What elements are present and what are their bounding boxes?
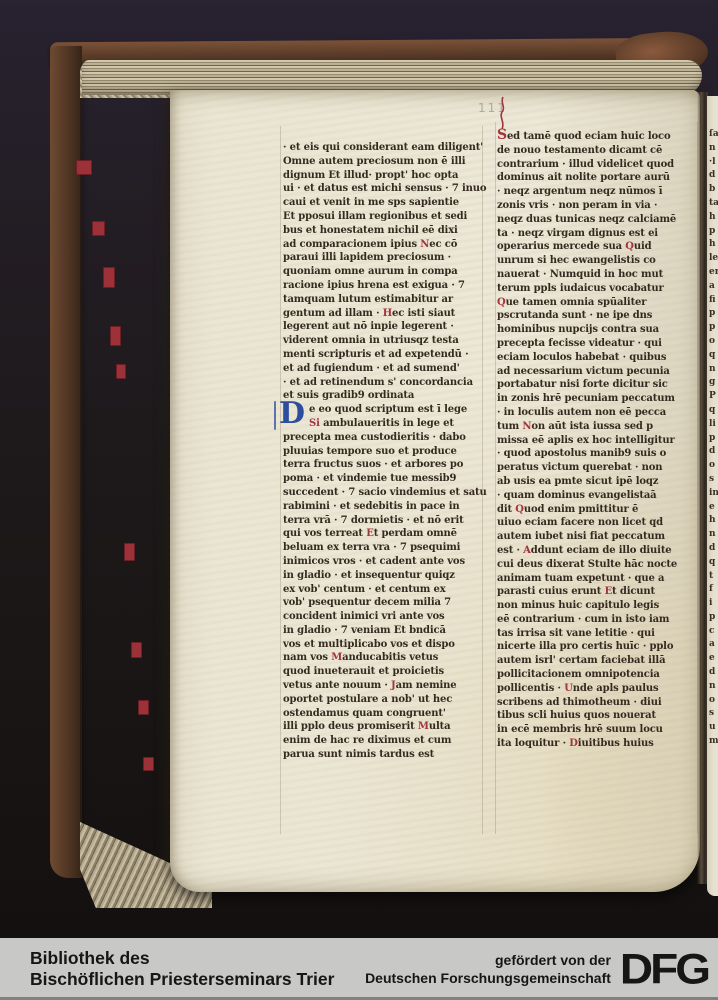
manuscript-text-line: ita loquitur · Diuitibus huius [497, 737, 702, 751]
manuscript-text-line: quod inueterauit et proicietis [283, 665, 488, 679]
manuscript-text-line: dignum Et illud· propt' hoc opta [283, 169, 488, 183]
manuscript-text-line: neqz duas tunicas neqz calciamē [497, 213, 702, 227]
manuscript-text-line: succedent · 7 sacio vindemius et satu [283, 486, 488, 500]
manuscript-text-line: ui · et datus est michi sensus · 7 inuo [283, 182, 488, 196]
facing-page-text-fragment: p [707, 611, 718, 625]
red-bookmark-tab [138, 700, 149, 715]
facing-page-text-fragment: h [707, 238, 718, 252]
manuscript-text-line: terum ppls iudaicus vocabatur [497, 282, 702, 296]
drop-cap-initial: D [279, 400, 305, 428]
facing-page-text-fragment: h [707, 211, 718, 225]
text-column-right: Sed tamē quod eciam huic locode nouo tes… [497, 129, 702, 751]
manuscript-text-line: poma · et vindemie tue messib9 [283, 472, 488, 486]
manuscript-text-line: cui deus dixerat Stulte hāc nocte [497, 558, 702, 572]
dfg-logo: DFG [620, 948, 708, 990]
manuscript-text-line: parua sunt nimis tardus est [283, 748, 488, 762]
footer-bar: Bibliothek des Bischöflichen Priestersem… [0, 938, 718, 1000]
facing-page-text-fragment: c [707, 625, 718, 639]
facing-page-text-fragment: p [707, 225, 718, 239]
facing-page-text-fragment: n [707, 680, 718, 694]
manuscript-text-line: peratus victum querebat · non [497, 461, 702, 475]
manuscript-text-line: zonis vris · non peram in via · [497, 199, 702, 213]
manuscript-text-line: · et ad retinendum s' concordancia [283, 376, 488, 390]
manuscript-text-line: ad necessarium victum pecunia [497, 365, 702, 379]
manuscript-text-line: caui et venit in me sps sapientie [283, 196, 488, 210]
facing-page-text-fragment: f [707, 583, 718, 597]
manuscript-text-line: vob' psequentur decem milia 7 [283, 596, 488, 610]
facing-page-text-fragment: d [707, 169, 718, 183]
manuscript-text-line: tibus scli huius quos nouerat [497, 709, 702, 723]
red-bookmark-tab [124, 543, 135, 561]
facing-page-text-fragment: o [707, 694, 718, 708]
facing-page-text-fragment: t [707, 570, 718, 584]
manuscript-text-line: · quam dominus evangelistaā [497, 489, 702, 503]
library-name-line1: Bibliothek des [30, 948, 334, 969]
manuscript-text-line: ostendamus quam congruent' [283, 707, 488, 721]
facing-page-text-fragment: n [707, 528, 718, 542]
manuscript-text-line: dit Quod enim pmittitur ē [497, 503, 702, 517]
facing-page-text-fragment: le [707, 252, 718, 266]
manuscript-text-line: nicerte illa pro certis huīc · pplo [497, 640, 702, 654]
facing-page-text-fragment: m [707, 735, 718, 749]
red-bookmark-tab [103, 267, 115, 288]
manuscript-text-line: autem iubet nisi fiat peccatum [497, 530, 702, 544]
funding-credit: gefördert von der Deutschen Forschungsge… [365, 951, 611, 987]
manuscript-text-line: paraui illi lapidem preciosum · [283, 251, 488, 265]
scan-viewer: { "photo": { "pencil_folio_number": "111… [0, 0, 718, 1000]
manuscript-text-line: · quod apostolus manib9 suis o [497, 447, 702, 461]
manuscript-text-line: · et eis qui considerant eam diligent' [283, 141, 488, 155]
manuscript-text-line: missa eē aplis ex hoc intelligitur [497, 434, 702, 448]
facing-page-text-fragment: in [707, 487, 718, 501]
manuscript-text-line: Sed tamē quod eciam huic loco [497, 129, 702, 144]
manuscript-text-line: quoniam omne aurum in compa [283, 265, 488, 279]
red-bookmark-tab [131, 642, 142, 658]
manuscript-text-line: et suis gradib9 ordinata [283, 389, 488, 403]
manuscript-text-line: et ad fugiendum · et ad sumend' [283, 362, 488, 376]
manuscript-text-line: Omne autem preciosum non ē illi [283, 155, 488, 169]
manuscript-text-line: qui vos terreat Et perdam omnē [283, 527, 488, 541]
facing-page-text-fragment: p [707, 321, 718, 335]
facing-page-text-fragment: i [707, 597, 718, 611]
manuscript-text-line: pollicentis · Unde apls paulus [497, 682, 702, 696]
funding-credit-line2: Deutschen Forschungsgemeinschaft [365, 969, 611, 987]
funding-block: gefördert von der Deutschen Forschungsge… [365, 946, 708, 992]
manuscript-text-line: · in loculis autem non eē pecca [497, 406, 702, 420]
facing-page-text-fragment: e [707, 652, 718, 666]
facing-page-text-fragment: p [707, 432, 718, 446]
manuscript-text-line: rabimini · et sedebitis in pace in [283, 500, 488, 514]
manuscript-text-line: ad comparacionem ipius Nec cō [283, 238, 488, 252]
facing-page-text-fragment: e [707, 501, 718, 515]
manuscript-text-line: non minus huic capitulo legis [497, 599, 702, 613]
facing-page-text-fragment: u [707, 721, 718, 735]
facing-page-text-fragment: p [707, 307, 718, 321]
facing-page-text-fragment: g [707, 376, 718, 390]
manuscript-text-line: in zonis hrē pecuniam peccatum [497, 392, 702, 406]
ruling-line [280, 126, 281, 834]
manuscript-text-line: racione ipius hrena est exigua · 7 [283, 279, 488, 293]
facing-page-text-fragment: n [707, 363, 718, 377]
red-bookmark-tab [143, 757, 154, 771]
manuscript-text-line: precepta mea custodieritis · dabo [283, 431, 488, 445]
facing-page-text-fragment: o [707, 335, 718, 349]
manuscript-text-line: eciam loculos habebat · quibus [497, 351, 702, 365]
facing-page-text-fragment: q [707, 556, 718, 570]
facing-page-text-fragment: er [707, 266, 718, 280]
facing-page-text-fragment: a [707, 280, 718, 294]
facing-page-text-fragment: d [707, 542, 718, 556]
funding-credit-line1: gefördert von der [365, 951, 611, 969]
facing-page-text-fragment: s [707, 707, 718, 721]
manuscript-text-line: precepta fecisse videatur · qui [497, 337, 702, 351]
manuscript-text-line: unrum si hec ewangelistis co [497, 254, 702, 268]
facing-page-text-fragment: d [707, 666, 718, 680]
manuscript-text-line: ex vob' centum · et centum ex [283, 583, 488, 597]
text-column-left: · et eis qui considerant eam diligent'Om… [283, 141, 488, 762]
red-bookmark-tab [92, 221, 105, 236]
manuscript-text-line: pscrutanda sunt · ne ipe dns [497, 309, 702, 323]
facing-page-text-fragment: o [707, 459, 718, 473]
rubric-flourish-icon [498, 96, 508, 130]
manuscript-text-line: legerent aut nō inpie legerent · [283, 320, 488, 334]
facing-page-text-fragment: ·l [707, 156, 718, 170]
manuscript-text-line: pluuias tempore suo et produce [283, 445, 488, 459]
ruling-line [495, 122, 496, 834]
manuscript-text-line: tum Non aūt ista iussa sed p [497, 420, 702, 434]
library-name: Bibliothek des Bischöflichen Priestersem… [30, 948, 334, 990]
red-bookmark-tab [116, 364, 126, 379]
manuscript-text-line: scribens ad thimotheum · diui [497, 696, 702, 710]
manuscript-text-line: contrarium · illud videlicet quod [497, 158, 702, 172]
manuscript-text-line: pollicitacionem omnipotencia [497, 668, 702, 682]
facing-page-sliver: ſan·ldbtahphleerafippoqngPqlipdosinehndq… [707, 96, 718, 896]
facing-page-text-fragment: q [707, 349, 718, 363]
manuscript-text-line: parasti cuius erunt Et dicunt [497, 585, 702, 599]
manuscript-text-line: terra fructus suos · et arbores po [283, 458, 488, 472]
manuscript-text-line: tamquam lutum estimabitur ar [283, 293, 488, 307]
facing-page-text-fragment: b [707, 183, 718, 197]
manuscript-text-line: illi pplo deus promiserit Multa [283, 720, 488, 734]
manuscript-text-line: bus et honestatem nichil eē dixi [283, 224, 488, 238]
manuscript-text-line: gentum ad illam · Hec isti siaut [283, 307, 488, 321]
manuscript-text-line: Et pposui illam regionibus et sedi [283, 210, 488, 224]
manuscript-text-line: est · Addunt eciam de illo diuite [497, 544, 702, 558]
red-bookmark-tab [110, 326, 121, 346]
facing-page-text-fragment: d [707, 445, 718, 459]
manuscript-text-line: ta · neqz virgam dignus est ei [497, 227, 702, 241]
manuscript-text-line: ab usis ea pmte sicut ipē loqz [497, 475, 702, 489]
facing-page-text-fragment: P [707, 390, 718, 404]
manuscript-text-line: animam tuam expetunt · que a [497, 572, 702, 586]
facing-page-text-fragment: n [707, 142, 718, 156]
facing-page-text-fragment: ſa [707, 128, 718, 142]
manuscript-text-line: nam vos Manducabitis vetus [283, 651, 488, 665]
manuscript-text-line: hominibus nupcijs contra sua [497, 323, 702, 337]
manuscript-text-line: nauerat · Numquid in hoc mut [497, 268, 702, 282]
manuscript-text-line: enim de hac re diximus et cum [283, 734, 488, 748]
manuscript-text-line: eē contrarium · cum in isto iam [497, 613, 702, 627]
manuscript-text-line: autem isrl' certam faciebat illā [497, 654, 702, 668]
manuscript-text-line: vetus ante nouum · Jam nemine [283, 679, 488, 693]
facing-page-text-fragment: fi [707, 294, 718, 308]
manuscript-text-line: in ecē membris hrē suum locu [497, 723, 702, 737]
manuscript-text-line: vos et multiplicabo vos et dispo [283, 638, 488, 652]
manuscript-text-line: Si ambulaueritis in lege et [283, 417, 488, 431]
manuscript-text-line: tas irrisa sit vane letitie · qui [497, 627, 702, 641]
manuscript-text-line: operarius mercede sua Quid [497, 240, 702, 254]
facing-page-text-fragment: q [707, 404, 718, 418]
manuscript-text-line: uiuo eciam facere non licet qd [497, 516, 702, 530]
manuscript-text-line: dominus ait nolite portare aurū [497, 171, 702, 185]
facing-page-text-fragment: s [707, 473, 718, 487]
facing-page-text-fragment: ta [707, 197, 718, 211]
manuscript-text-line: in gladio · et insequentur quiqz [283, 569, 488, 583]
manuscript-text-line: e eo quod scriptum est ī lege [283, 403, 488, 417]
manuscript-text-line: oportet postulare a nob' ut hec [283, 693, 488, 707]
manuscript-text-line: de nouo testamento dicamt cē [497, 144, 702, 158]
manuscript-text-line: viderent omnia in utriusqz testa [283, 334, 488, 348]
manuscript-text-line: concident inimici vri ante vos [283, 610, 488, 624]
manuscript-text-line: Que tamen omnia spūaliter [497, 296, 702, 310]
manuscript-text-line: terra vrā · 7 dormietis · et nō erit [283, 514, 488, 528]
manuscript-text-line: beluam ex terra vra · 7 psequimi [283, 541, 488, 555]
manuscript-text-line: · neqz argentum neqz nūmos ī [497, 185, 702, 199]
manuscript-text-line: in gladio · 7 veniam Et bndicā [283, 624, 488, 638]
facing-page-text-fragment: h [707, 514, 718, 528]
manuscript-text-line: inimicos vros · et cadent ante vos [283, 555, 488, 569]
facing-page-text-fragment: a [707, 638, 718, 652]
page-edges-left-stack [80, 60, 172, 860]
manuscript-text-line: portabatur nisi forte dicitur sic [497, 378, 702, 392]
red-bookmark-tab [76, 160, 92, 175]
manuscript-text-line: menti scripturis et ad expetendū · [283, 348, 488, 362]
facing-page-text-fragment: li [707, 418, 718, 432]
library-name-line2: Bischöflichen Priesterseminars Trier [30, 969, 334, 990]
manuscript-photo: 111 · et eis qui considerant eam diligen… [0, 0, 718, 938]
